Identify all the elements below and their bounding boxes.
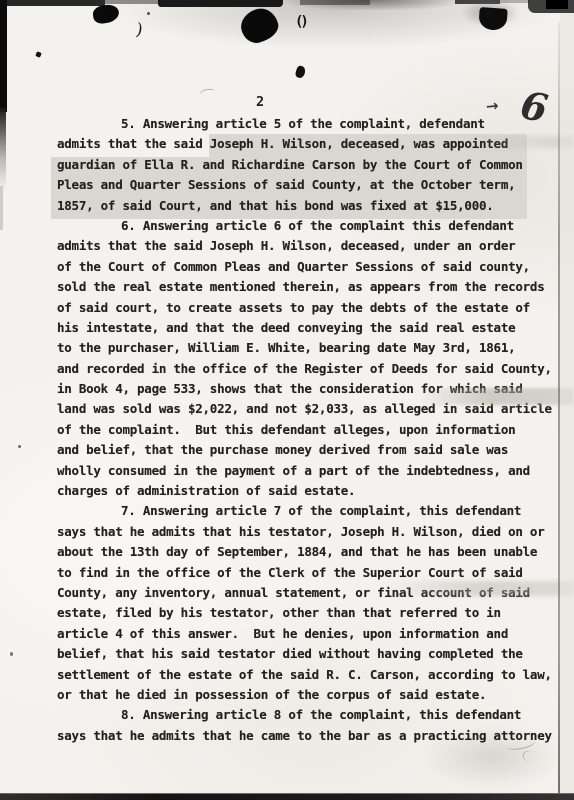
document-body: 5. Answering article 5 of the complaint,… [57, 116, 569, 748]
paper-fold-line [558, 22, 560, 800]
top-edge-shadow [0, 0, 105, 6]
text-line-22: about the 13th day of September, 1884, a… [57, 544, 569, 564]
top-edge-shadow [158, 0, 283, 7]
ink-speck [35, 51, 42, 58]
text-line-20: 7. Answering article 7 of the complaint,… [57, 503, 569, 523]
left-edge-shadow [0, 0, 7, 112]
right-margin-shade [560, 12, 574, 800]
text-line-3: guardian of Ella R. and Richardine Carso… [57, 157, 569, 177]
top-edge-shadow [300, 0, 370, 5]
ink-blot [92, 3, 120, 24]
text-line-7: admits that the said Joseph H. Wilson, d… [57, 238, 569, 258]
text-line-9: sold the real estate mentioned therein, … [57, 279, 569, 299]
top-edge-shadow [105, 0, 160, 4]
text-line-4: Pleas and Quarter Sessions of said Count… [57, 177, 569, 197]
text-line-25: estate, filed by his testator, other tha… [57, 605, 569, 625]
scan-smudge-streak [388, 581, 574, 596]
text-line-27: belief, that his said testator died with… [57, 646, 569, 666]
text-line-12: to the purchaser, William E. White, bear… [57, 340, 569, 360]
left-edge-shadow [0, 108, 6, 190]
top-right-corner-shadow [546, 0, 568, 9]
text-line-17: and belief, that the purchase money deri… [57, 442, 569, 462]
page-number: 2 [256, 94, 264, 110]
text-line-8: of the Court of Common Pleas and Quarter… [57, 259, 569, 279]
text-line-28: settlement of the estate of the said R. … [57, 667, 569, 687]
text-line-5: 1857, of said Court, and that his bond w… [57, 198, 569, 218]
ink-speck [10, 652, 13, 656]
ink-speck [147, 12, 150, 15]
ink-speck [18, 445, 21, 448]
scan-smudge-streak [418, 388, 574, 405]
text-line-11: his intestate, and that the deed conveyi… [57, 320, 569, 340]
text-line-30: 8. Answering article 8 of the complaint,… [57, 707, 569, 727]
text-line-1: 5. Answering article 5 of the complaint,… [57, 116, 569, 136]
text-line-29: or that he died in possession of the cor… [57, 687, 569, 707]
scanned-document-page: 2 5. Answering article 5 of the complain… [0, 0, 574, 800]
pencil-mark [199, 88, 215, 98]
text-line-26: article 4 of this answer. But he denies,… [57, 626, 569, 646]
text-line-6: 6. Answering article 6 of the complaint … [57, 218, 569, 238]
margin-arrow-icon: → [485, 96, 499, 115]
text-line-18: wholly consumed in the payment of a part… [57, 463, 569, 483]
bottom-edge-shadow [0, 793, 574, 800]
left-edge-shadow [0, 186, 3, 230]
typed-stray-mark: () [295, 14, 306, 30]
text-line-31: says that he admits that he came to the … [57, 728, 569, 748]
text-line-13: and recorded in the office of the Regist… [57, 361, 569, 381]
text-line-19: charges of administration of said estate… [57, 483, 569, 503]
text-line-21: says that he admits that his testator, J… [57, 524, 569, 544]
pen-mark-paren: ) [134, 20, 144, 41]
text-line-10: of said court, to create assets to pay t… [57, 300, 569, 320]
ink-blot [238, 5, 282, 46]
text-line-16: of the complaint. But this defendant all… [57, 422, 569, 442]
ink-speck [294, 65, 306, 79]
ink-blot [478, 7, 507, 31]
